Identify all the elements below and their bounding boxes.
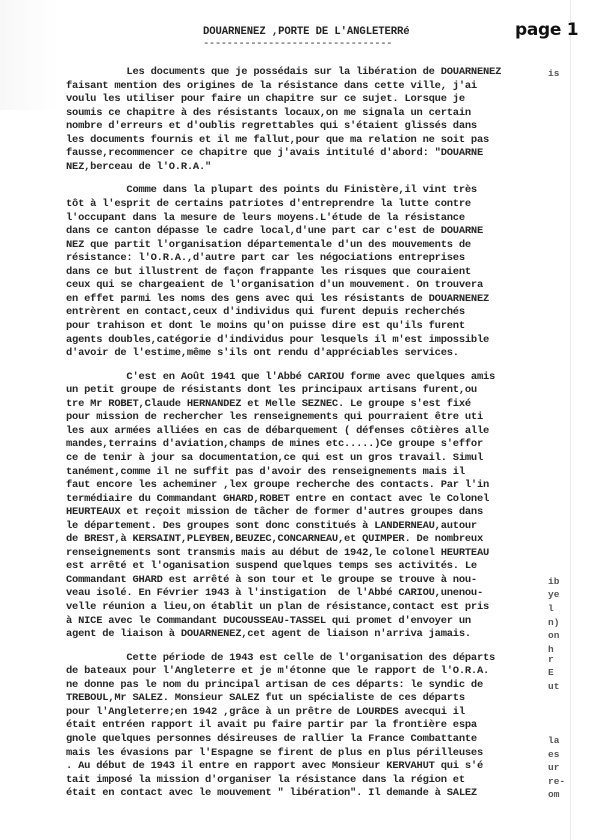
text-line: gnole quelques personnes désireuses de r… bbox=[66, 733, 477, 746]
text-line: ne donne pas le nom du principal artisan… bbox=[66, 679, 483, 692]
text-line: le département. Des groupes sont donc co… bbox=[66, 520, 477, 533]
text-line: les aux armées alliées en cas de débarqu… bbox=[66, 425, 489, 438]
text-line: veau isolé. En Février 1943 à l'instigat… bbox=[66, 587, 483, 600]
text-line: faut encore les acheminer ,lex groupe re… bbox=[66, 479, 489, 492]
bleed-through-fragment: la bbox=[548, 735, 559, 746]
text-line: d'avoir de l'estime,même s'ils ont rendu… bbox=[66, 347, 459, 360]
page-number: page 1 bbox=[515, 20, 578, 40]
text-line: tait imposé la mission d'organiser la ré… bbox=[66, 774, 465, 787]
text-line: nombre d'erreurs et d'oublis regrettable… bbox=[66, 120, 477, 133]
bleed-through-fragment: l bbox=[548, 603, 554, 614]
bleed-through-fragment: re- bbox=[548, 776, 565, 787]
text-line: Comme dans la plupart des points du Fini… bbox=[66, 184, 477, 197]
text-line: NEZ que partit l'organisation départemen… bbox=[66, 239, 471, 252]
text-line: était entréen rapport il avait pu faire … bbox=[66, 719, 477, 732]
text-line: fausse,recommencer ce chapitre que j'ava… bbox=[66, 147, 483, 160]
text-line: pour mission de rechercher les renseigne… bbox=[66, 411, 483, 424]
document-title: DOUARNENEZ ,PORTE DE L'ANGLETERRé bbox=[203, 26, 410, 38]
bleed-through-fragment: on bbox=[548, 630, 559, 641]
bleed-through-fragment: om bbox=[548, 789, 559, 800]
text-line: était en contact avec le mouvement " lib… bbox=[66, 787, 477, 800]
text-line: tôt à l'esprit de certains patriotes d'e… bbox=[66, 198, 471, 211]
bleed-through-fragment: ye bbox=[548, 589, 559, 600]
text-line: agent de liaison à DOUARNENEZ,cet agent … bbox=[66, 628, 471, 641]
paper-edge bbox=[570, 0, 571, 840]
bleed-through-fragment: es bbox=[548, 749, 559, 760]
text-line: un petit groupe de résistants dont les p… bbox=[66, 384, 477, 397]
text-line: pour trahison et dont le moins qu'on pui… bbox=[66, 320, 465, 333]
text-line: voulu les utiliser pour faire un chapitr… bbox=[66, 93, 465, 106]
bleed-through-fragment: ur bbox=[548, 762, 559, 773]
bleed-through-fragment: E bbox=[548, 667, 554, 678]
text-line: de BREST,à KERSAINT,PLEYBEN,BEUZEC,CONCA… bbox=[66, 533, 483, 546]
bleed-through-fragment: n) bbox=[548, 617, 559, 628]
bleed-through-fragment: r bbox=[548, 654, 554, 665]
text-line: les documents fournis et il me fallut,po… bbox=[66, 134, 489, 147]
bleed-through-fragment: ut bbox=[548, 681, 559, 692]
text-line: à NICE avec le Commandant DUCOUSSEAU-TAS… bbox=[66, 615, 471, 628]
bleed-through-fragment: ib bbox=[548, 576, 559, 587]
text-line: NEZ,berceau de l'O.R.A." bbox=[66, 161, 211, 174]
text-line: agents doubles,catégorie d'individus pou… bbox=[66, 334, 489, 347]
text-line: dans ce canton dépasse le cadre local,d'… bbox=[66, 225, 483, 238]
text-line: ce de tenir à jour sa documentation,ce q… bbox=[66, 452, 483, 465]
text-line: renseignements sont transmis mais au déb… bbox=[66, 547, 489, 560]
text-line: dans ce but illustrent de façon frappant… bbox=[66, 266, 471, 279]
text-line: C'est en Août 1941 que l'Abbé CARIOU for… bbox=[66, 371, 495, 384]
text-line: l'occupant dans la mesure de leurs moyen… bbox=[66, 212, 465, 225]
text-line: TREBOUL,Mr SALEZ. Monsieur SALEZ fut un … bbox=[66, 692, 465, 705]
text-line: Commandant GHARD est arrêté à son tour e… bbox=[66, 574, 477, 587]
bleed-through-fragment: is bbox=[548, 68, 559, 79]
scan-shadow bbox=[0, 0, 60, 110]
text-line: faisant mention des origines de la résis… bbox=[66, 80, 477, 93]
text-line: entrèrent en contact,ceux d'individus qu… bbox=[66, 306, 465, 319]
title-underline: -------------------------------- bbox=[203, 38, 392, 50]
text-line: Les documents que je possédais sur la li… bbox=[66, 66, 501, 79]
text-line: tre Mr ROBET,Claude HERNANDEZ et Melle S… bbox=[66, 398, 471, 411]
text-line: HEURTEAUX et reçoit mission de tâcher de… bbox=[66, 506, 483, 519]
text-line: . Au début de 1943 il entre en rapport a… bbox=[66, 760, 483, 773]
text-line: est arrêté et l'oganisation suspend quel… bbox=[66, 560, 477, 573]
text-line: de bateaux pour l'Angleterre et je m'éto… bbox=[66, 665, 489, 678]
text-line: tanément,comme il ne suffit pas d'avoir … bbox=[66, 466, 465, 479]
text-line: termédiaire du Commandant GHARD,ROBET en… bbox=[66, 493, 489, 506]
text-line: mais les évasions par l'Espagne se firen… bbox=[66, 747, 483, 760]
text-line: velle réunion a lieu,on établit un plan … bbox=[66, 601, 489, 614]
text-line: pour l'Angleterre;en 1942 ,grâce à un pr… bbox=[66, 706, 465, 719]
text-line: soumis ce chapitre à des résistants loca… bbox=[66, 107, 471, 120]
text-line: Cette période de 1943 est celle de l'org… bbox=[66, 652, 495, 665]
text-line: résistance: l'O.R.A.,d'autre part car le… bbox=[66, 252, 465, 265]
text-line: mandes,terrains d'aviation,champs de min… bbox=[66, 438, 483, 451]
text-line: en effet parmi les noms des gens avec qu… bbox=[66, 293, 489, 306]
text-line: ceux qui se chargeaient de l'organisatio… bbox=[66, 279, 483, 292]
